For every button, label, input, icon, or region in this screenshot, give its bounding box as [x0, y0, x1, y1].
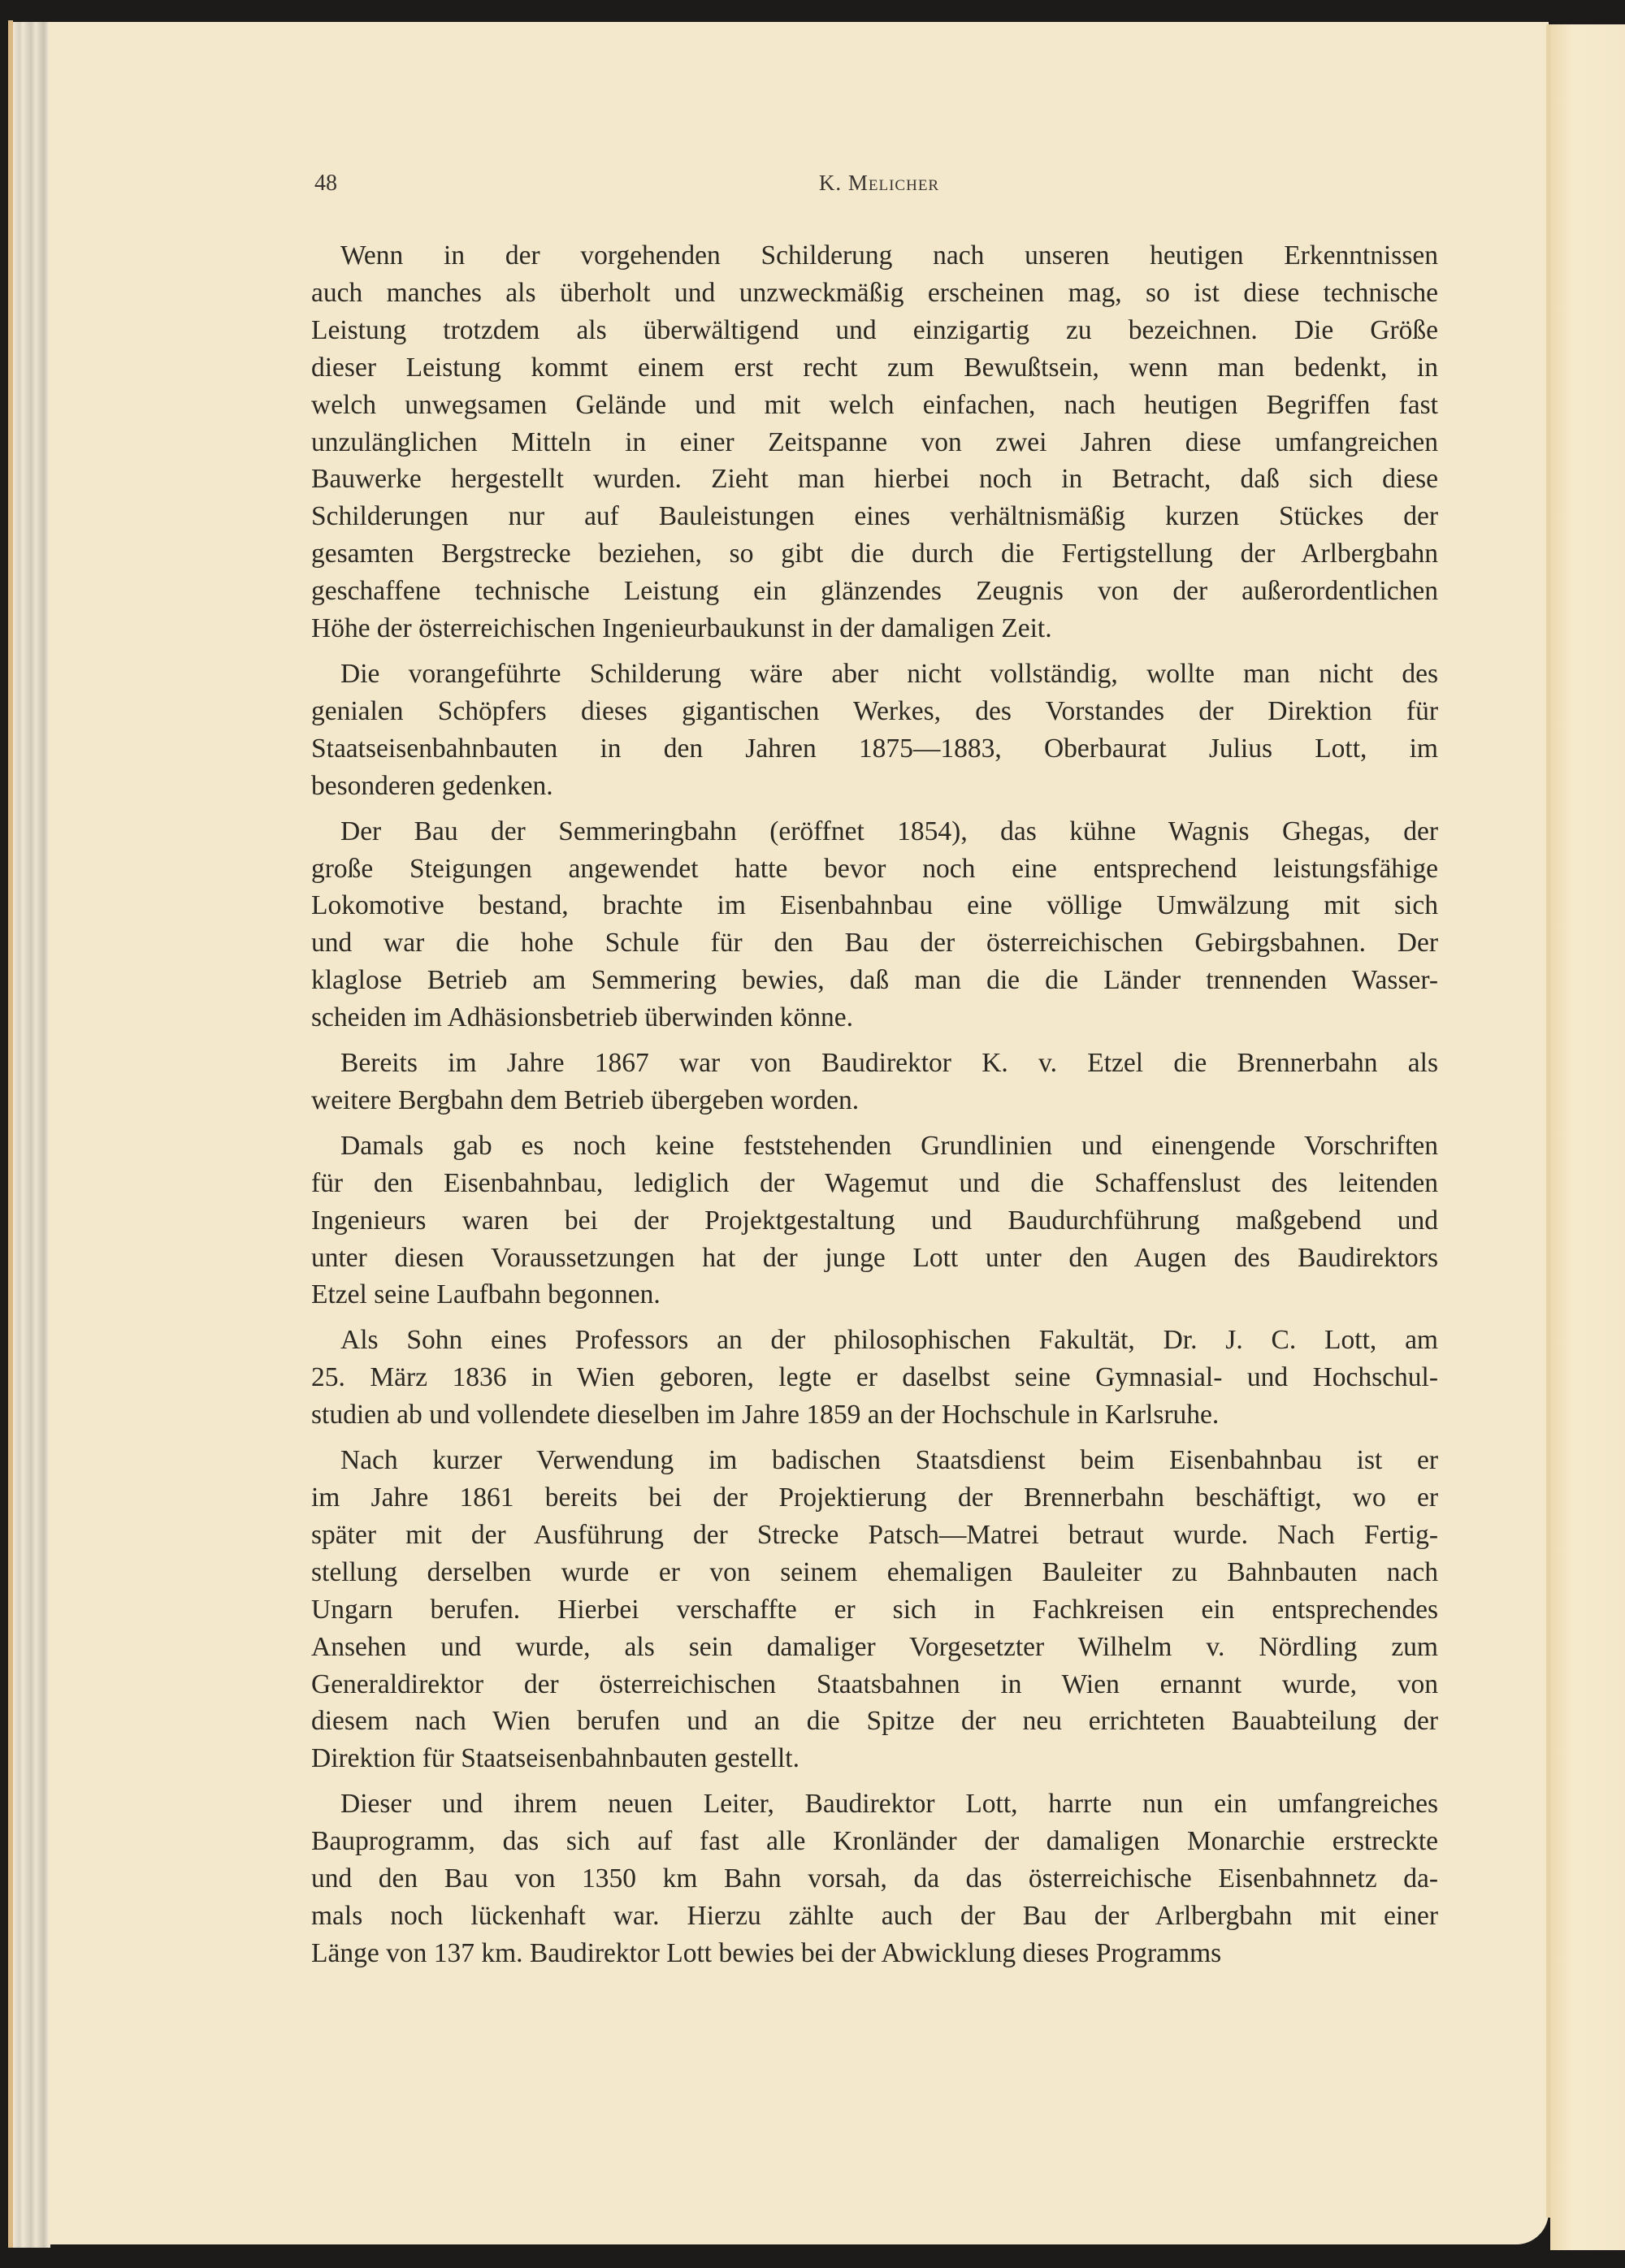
- text-line: im Jahre 1861 bereits bei der Projektier…: [311, 1479, 1438, 1517]
- text-line: Staatseisenbahnbauten in den Jahren 1875…: [311, 730, 1438, 768]
- paragraph: Dieser und ihrem neuen Leiter, Baudirekt…: [311, 1785, 1438, 1972]
- text-line: Wenn in der vorgehenden Schilderung nach…: [311, 237, 1438, 275]
- text-line: Leistung trotzdem als überwältigend und …: [311, 312, 1438, 349]
- text-line: Ungarn berufen. Hierbei verschaffte er s…: [311, 1591, 1438, 1629]
- text-line: scheiden im Adhäsionsbetrieb überwinden …: [311, 999, 1438, 1037]
- text-line: auch manches als überholt und unzweckmäß…: [311, 275, 1438, 312]
- text-line: besonderen gedenken.: [311, 768, 1438, 805]
- text-line: Länge von 137 km. Baudirektor Lott bewie…: [311, 1935, 1438, 1972]
- text-line: weitere Bergbahn dem Betrieb übergeben w…: [311, 1082, 1438, 1119]
- text-line: genialen Schöpfers dieses gigantischen W…: [311, 693, 1438, 730]
- text-line: später mit der Ausführung der Strecke Pa…: [311, 1517, 1438, 1554]
- text-line: Bauwerke hergestellt wurden. Zieht man h…: [311, 461, 1438, 498]
- text-line: mals noch lückenhaft war. Hierzu zählte …: [311, 1898, 1438, 1935]
- running-head-author: K. Melicher: [314, 171, 1444, 196]
- paragraph: Damals gab es noch keine feststehenden G…: [311, 1128, 1438, 1314]
- text-line: unzulänglichen Mitteln in einer Zeitspan…: [311, 424, 1438, 461]
- text-line: Ingenieurs waren bei der Projektgestaltu…: [311, 1202, 1438, 1240]
- text-line: für den Eisenbahnbau, lediglich der Wage…: [311, 1165, 1438, 1202]
- text-line: gesamten Bergstrecke beziehen, so gibt d…: [311, 535, 1438, 573]
- text-line: Als Sohn eines Professors an der philoso…: [311, 1322, 1438, 1359]
- text-line: Etzel seine Laufbahn begonnen.: [311, 1276, 1438, 1314]
- text-line: Ansehen und wurde, als sein damaliger Vo…: [311, 1629, 1438, 1666]
- paragraph: Nach kurzer Verwendung im badischen Staa…: [311, 1442, 1438, 1777]
- page-header: 48 K. Melicher: [314, 171, 1444, 203]
- text-line: 25. März 1836 in Wien geboren, legte er …: [311, 1359, 1438, 1396]
- paragraph: Wenn in der vorgehenden Schilderung nach…: [311, 237, 1438, 647]
- text-line: Dieser und ihrem neuen Leiter, Baudirekt…: [311, 1785, 1438, 1823]
- text-line: unter diesen Voraussetzungen hat der jun…: [311, 1240, 1438, 1277]
- paragraph: Der Bau der Semmeringbahn (eröffnet 1854…: [311, 813, 1438, 1037]
- text-line: dieser Leistung kommt einem erst recht z…: [311, 349, 1438, 387]
- text-line: Bereits im Jahre 1867 war von Baudirekto…: [311, 1045, 1438, 1082]
- text-line: Bauprogramm, das sich auf fast alle Kron…: [311, 1823, 1438, 1860]
- paragraph: Als Sohn eines Professors an der philoso…: [311, 1322, 1438, 1434]
- text-line: Nach kurzer Verwendung im badischen Staa…: [311, 1442, 1438, 1479]
- text-line: Höhe der österreichischen Ingenieurbauku…: [311, 610, 1438, 647]
- paragraph: Bereits im Jahre 1867 war von Baudirekto…: [311, 1045, 1438, 1119]
- page-stack-edges: [13, 22, 50, 2248]
- text-line: Der Bau der Semmeringbahn (eröffnet 1854…: [311, 813, 1438, 850]
- text-line: große Steigungen angewendet hatte bevor …: [311, 850, 1438, 888]
- text-line: Schilderungen nur auf Bauleistungen eine…: [311, 498, 1438, 535]
- text-line: klaglose Betrieb am Semmering bewies, da…: [311, 962, 1438, 999]
- text-line: welch unwegsamen Gelände und mit welch e…: [311, 387, 1438, 424]
- text-line: Die vorangeführte Schilderung wäre aber …: [311, 656, 1438, 693]
- text-line: diesem nach Wien berufen und an die Spit…: [311, 1703, 1438, 1740]
- text-line: stellung derselben wurde er von seinem e…: [311, 1554, 1438, 1591]
- text-line: und war die hohe Schule für den Bau der …: [311, 924, 1438, 962]
- text-line: studien ab und vollendete dieselben im J…: [311, 1396, 1438, 1434]
- text-line: Lokomotive bestand, brachte im Eisenbahn…: [311, 887, 1438, 924]
- text-line: Damals gab es noch keine feststehenden G…: [311, 1128, 1438, 1165]
- body-text: Wenn in der vorgehenden Schilderung nach…: [311, 237, 1438, 1980]
- text-line: und den Bau von 1350 km Bahn vorsah, da …: [311, 1860, 1438, 1898]
- facing-page-edge: [1550, 24, 1625, 2250]
- paragraph: Die vorangeführte Schilderung wäre aber …: [311, 656, 1438, 805]
- text-line: geschaffene technische Leistung ein glän…: [311, 573, 1438, 610]
- text-line: Generaldirektor der österreichischen Sta…: [311, 1666, 1438, 1703]
- text-line: Direktion für Staatseisenbahnbauten gest…: [311, 1740, 1438, 1777]
